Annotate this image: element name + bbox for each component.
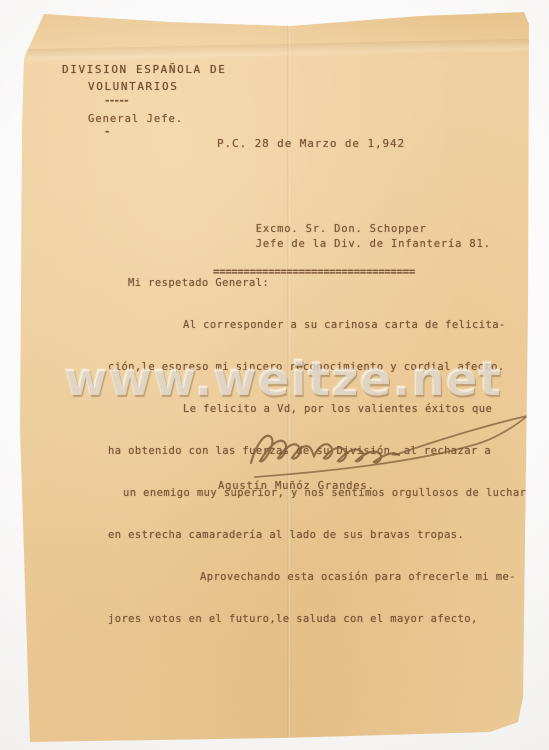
dateline: P.C. 28 de Marzo de 1,942 (217, 137, 405, 151)
org-name-line1: DIVISION ESPAÑOLA DE (62, 63, 226, 77)
signer-name: Agustín Muñóz Grandes. (218, 479, 375, 493)
org-name-line2: VOLUNTARIOS (88, 80, 178, 94)
recipient-name: Excmo. Sr. Don. Schopper (256, 223, 427, 235)
body-line: Al corresponder a su carinosa carta de f… (108, 318, 526, 332)
body-line: jores votos en el futuro,le saluda con e… (108, 612, 526, 626)
body-line: en estrecha camaradería al lado de sus b… (108, 528, 526, 542)
letterhead-rule: ----- (104, 94, 128, 108)
sender-title: General Jefe. (88, 112, 183, 126)
recipient-title: Jefe de la Div. de Infantería 81. (256, 238, 491, 250)
letter-paper: DIVISION ESPAÑOLA DE VOLUNTARIOS ----- G… (20, 8, 532, 746)
horizontal-fold-crease (14, 39, 538, 64)
salutation: Mi respetado General: (128, 276, 269, 290)
body-line: Aprovechando esta ocasión para ofrecerle… (108, 570, 526, 584)
photo-background: DIVISION ESPAÑOLA DE VOLUNTARIOS ----- G… (0, 0, 549, 750)
sender-title-rule: - (104, 125, 109, 139)
body-line: ción,le espreso mi sincero reconocimient… (108, 360, 526, 374)
